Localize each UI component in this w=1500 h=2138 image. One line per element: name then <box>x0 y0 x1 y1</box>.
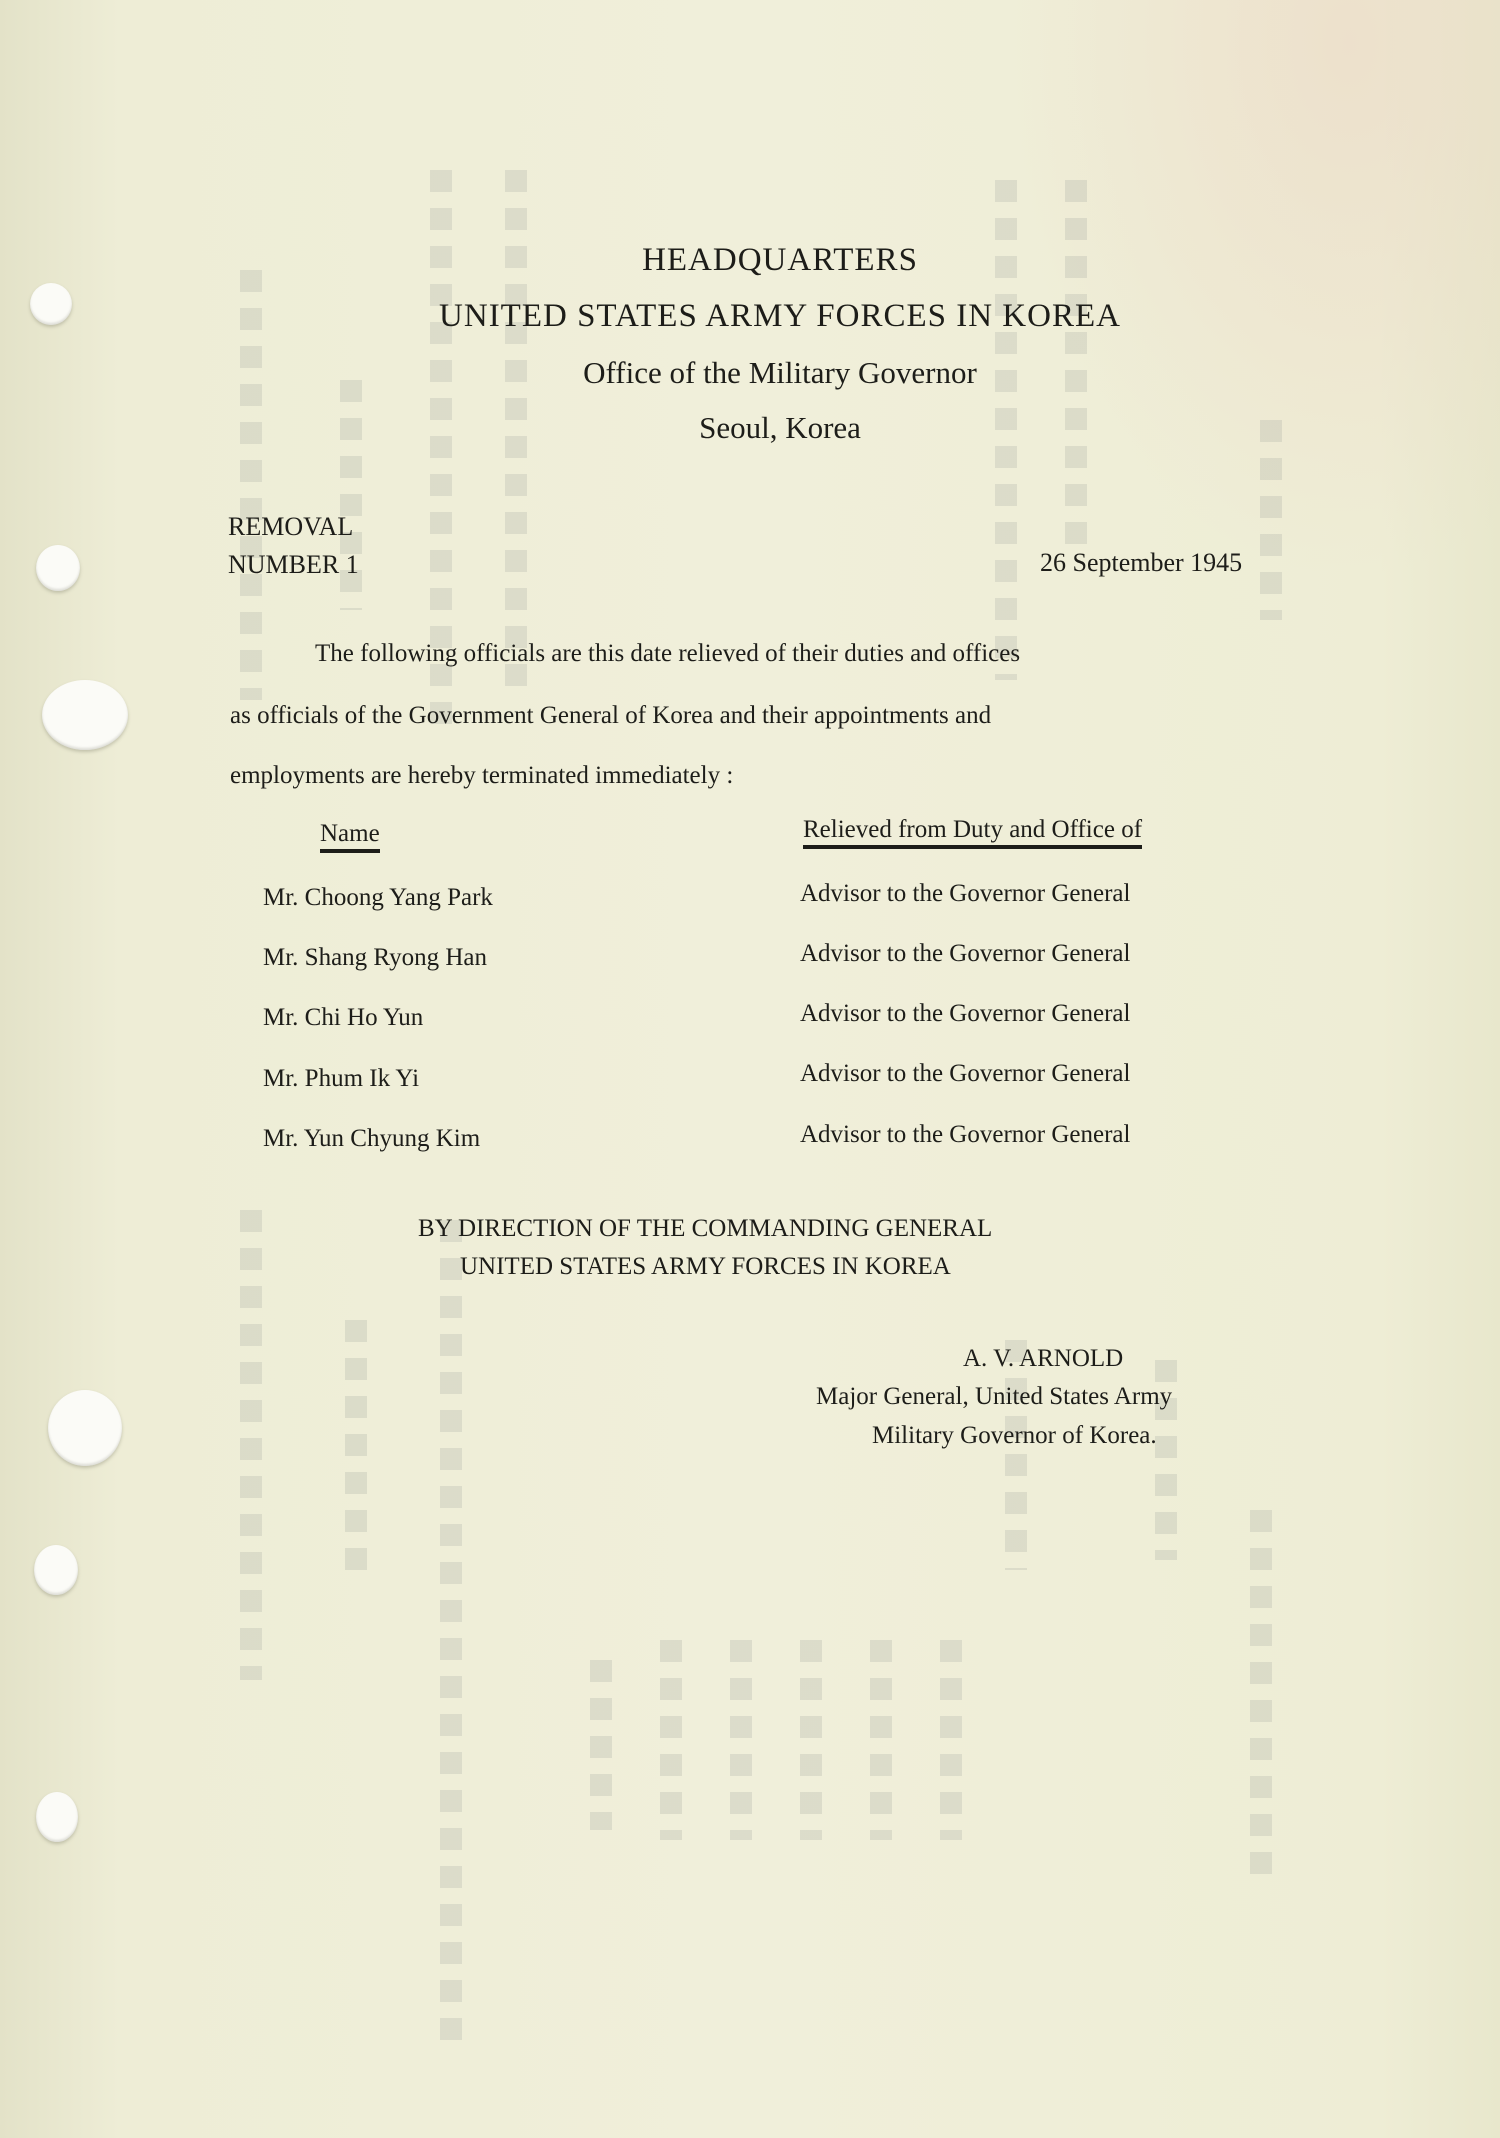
table-row-office: Advisor to the Governor General <box>800 880 1130 908</box>
authority-line-2: UNITED STATES ARMY FORCES IN KOREA <box>460 1253 951 1281</box>
bleed-through-text <box>870 1640 892 1840</box>
authority-line-1: BY DIRECTION OF THE COMMANDING GENERAL <box>418 1215 992 1243</box>
bleed-through-text <box>345 1320 367 1580</box>
letterhead-title: HEADQUARTERS <box>0 242 1500 279</box>
table-row-name: Mr. Phum Ik Yi <box>263 1065 419 1093</box>
table-row-name: Mr. Chi Ho Yun <box>263 1004 423 1032</box>
signatory-name: A. V. ARNOLD <box>963 1345 1123 1373</box>
bleed-through-text <box>730 1640 752 1840</box>
signatory-title: Major General, United States Army <box>816 1383 1172 1411</box>
bleed-through-text <box>1260 420 1282 620</box>
body-line-3: employments are hereby terminated immedi… <box>230 745 733 806</box>
punch-hole <box>42 680 128 750</box>
table-row-name: Mr. Shang Ryong Han <box>263 944 487 972</box>
letterhead-office: Office of the Military Governor <box>0 355 1500 391</box>
body-line-2: as officials of the Government General o… <box>230 685 991 746</box>
body-line-1: The following officials are this date re… <box>315 623 1020 684</box>
bleed-through-text <box>240 1210 262 1680</box>
table-row-office: Advisor to the Governor General <box>800 1060 1130 1088</box>
punch-hole <box>34 1545 78 1595</box>
punch-hole <box>36 545 80 591</box>
table-row-office: Advisor to the Governor General <box>800 1121 1130 1149</box>
table-row-office: Advisor to the Governor General <box>800 1000 1130 1028</box>
bleed-through-text <box>660 1640 682 1840</box>
letterhead-organization: UNITED STATES ARMY FORCES IN KOREA <box>0 298 1500 335</box>
signatory-position: Military Governor of Korea. <box>872 1422 1157 1450</box>
letterhead-location: Seoul, Korea <box>0 410 1500 446</box>
bleed-through-text <box>800 1640 822 1840</box>
table-row-office: Advisor to the Governor General <box>800 940 1130 968</box>
removal-label: REMOVAL <box>228 512 353 542</box>
table-row-name: Mr. Yun Chyung Kim <box>263 1125 480 1153</box>
bleed-through-text <box>590 1660 612 1830</box>
bleed-through-text <box>440 1220 462 2040</box>
removal-number: NUMBER 1 <box>228 550 359 580</box>
punch-hole <box>36 1792 78 1842</box>
bleed-through-text <box>1005 1340 1027 1570</box>
document-page: HEADQUARTERS UNITED STATES ARMY FORCES I… <box>0 0 1500 2138</box>
punch-hole <box>48 1390 122 1466</box>
document-date: 26 September 1945 <box>1040 548 1242 578</box>
column-header-office: Relieved from Duty and Office of <box>803 816 1142 844</box>
bleed-through-text <box>940 1640 962 1840</box>
column-header-name: Name <box>320 820 380 848</box>
bleed-through-text <box>1250 1510 1272 1890</box>
table-row-name: Mr. Choong Yang Park <box>263 884 493 912</box>
